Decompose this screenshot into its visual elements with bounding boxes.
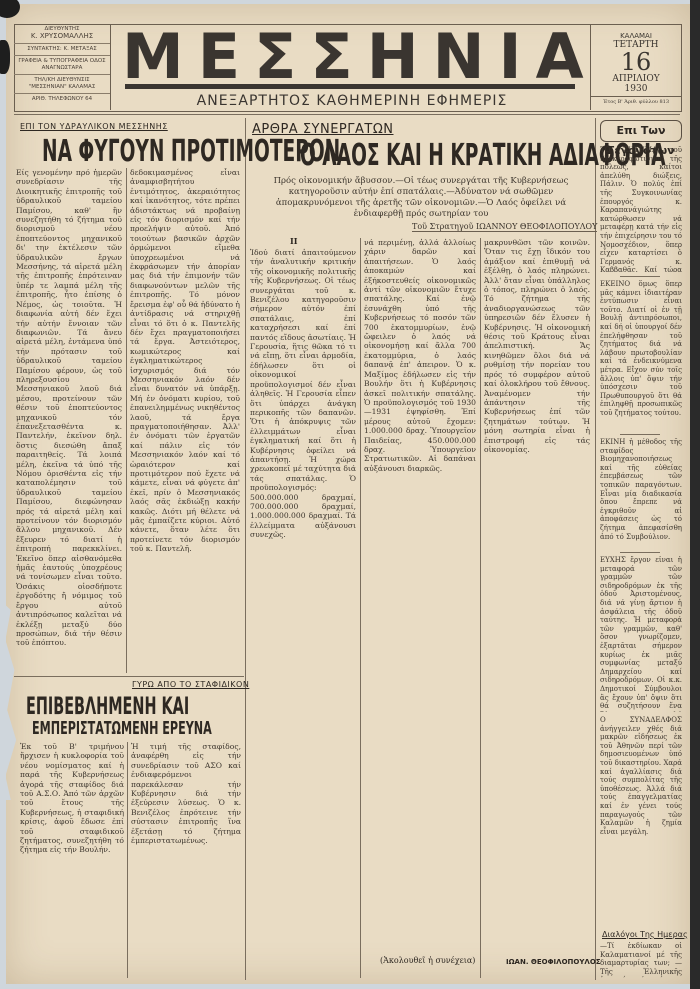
ink-blot bbox=[0, 40, 10, 74]
month: ΑΠΡΙΛΙΟΥ bbox=[591, 74, 681, 84]
masthead-info-box: ΔΙΕΥΘΥΝΤΗΣΚ. ΧΡΥΣΟΜΑΛΛΗΣ ΣΥΝΤΑΚΤΗΣ: Κ. Μ… bbox=[14, 24, 111, 110]
separator bbox=[620, 552, 660, 553]
center-column-2: νά περιμένῃ, ἀλλά ἀλλοίως χάριν δαρῶν κα… bbox=[364, 238, 476, 950]
center-article-deck: Πρός οἰκονομικήν ἄβυσσον.—Οἱ τέως συνεργ… bbox=[250, 176, 592, 220]
separator bbox=[620, 434, 660, 435]
right-column-para-3: ΕΚΙΝΗ ἡ μέθοδος τῆς σταφίδος Βιομηχανοπο… bbox=[600, 438, 682, 546]
date-box: ΚΑΛΑΜΑΙ ΤΕΤΑΡΤΗ 16 ΑΠΡΙΛΙΟΥ 1930 Έτος Β'… bbox=[590, 24, 681, 110]
separator bbox=[620, 276, 660, 277]
title-underline bbox=[125, 84, 575, 89]
center-article-byline: Τοῦ Στρατηγοῦ ΙΩΑΝΝΟΥ ΘΕΟΦΙΛΟΠΟΥΛΟΥ bbox=[412, 222, 597, 232]
column-rule bbox=[480, 238, 481, 978]
page-edge-shadow bbox=[690, 0, 700, 989]
right-column-bottom-text: —Τί ἐκδίωκαν οἱ Καλαματιανοί μέ τῆς διαμ… bbox=[600, 942, 682, 978]
bottom-left-headline-1: ΕΠΙΒΕΒΛΗΜΕΝΗ ΚΑΙ bbox=[26, 692, 189, 720]
left-article-headline: ΝΑ ΦΥΓΟΥΝ ΠΡΟΤΙΜΟΤΕΡΟΝ bbox=[42, 134, 340, 169]
right-column-para-2: ΕΚΕΙΝΟ ὅμως ὅπερ μᾶς κάμνει ἰδιαιτέραν ἐ… bbox=[600, 280, 682, 428]
author-signoff: ΙΩΑΝ. ΘΕΟΦΙΛΟΠΟΥΛΟΣ bbox=[506, 958, 601, 966]
director-name: Κ. ΧΡΥΣΟΜΑΛΛΗΣ bbox=[31, 32, 93, 40]
phone-number: ΑΡΙΘ. ΤΗΛΕΦΩΝΟΥ 64 bbox=[14, 94, 110, 105]
continued-note: (Ἀκολουθεῖ ἡ συνέχεια) bbox=[380, 956, 475, 965]
left-article-kicker: ΕΠΙ ΤΟΝ ΥΔΡΑΥΛΙΚΟΝ ΜΕΣΣΗΝΗΣ bbox=[20, 122, 168, 131]
newspaper-subtitle: ΑΝΕΞΑΡΤΗΤΟΣ ΚΑΘΗΜΕΡΙΝΗ ΕΦΗΜΕΡΙΣ bbox=[122, 93, 582, 109]
left-article-column-2: δεδοκιμασμένος εἶναι ἀναμφισβητήτου ἐντι… bbox=[130, 168, 240, 673]
offices-address: ΓΡΑΦΕΙΑ & ΤΥΠΟΓΡΑΦΕΙΑ ΟΔΟΣ ΑΝΑΓΝΩΣΤΑΡΑ bbox=[14, 56, 110, 75]
column-rule bbox=[127, 742, 128, 978]
telegraph-address: ΤΗΛ/ΚΗ ΔΙΕΥΘΥΝΣΙΣ "ΜΕΣΣΗΝΙΑΝ" ΚΑΛΑΜΑΣ bbox=[14, 75, 110, 94]
editor-name: ΣΥΝΤΑΚΤΗΣ: Κ. ΜΕΤΑΞΑΣ bbox=[14, 44, 110, 56]
right-column-box-title: Επι Των Γεγονοτων bbox=[600, 120, 682, 142]
city: ΚΑΛΑΜΑΙ bbox=[591, 32, 681, 40]
section-rule bbox=[14, 676, 244, 677]
left-article-column-1: Είς γενομένην πρό ἡμερῶν συνεδρίασιν τῆς… bbox=[16, 168, 122, 673]
year: 1930 bbox=[591, 84, 681, 94]
center-section-label: ΑΡΘΡΑ ΣΥΝΕΡΓΑΤΩΝ bbox=[252, 122, 394, 137]
bottom-left-kicker: ΓΥΡΩ ΑΠΟ ΤΟ ΣΤΑΦΙΔΙΚΟΝ bbox=[132, 680, 249, 689]
column-rule bbox=[126, 168, 127, 673]
bottom-left-headline-2: ΕΜΠΕΡΙΣΤΑΤΩΜΕΝΗ ΕΡΕΥΝΑ bbox=[32, 718, 212, 739]
newspaper-title: ΜΕΣΣΗΝΙΑ bbox=[122, 26, 582, 88]
day-number: 16 bbox=[591, 50, 681, 74]
article-part-number: ΙΙ bbox=[290, 236, 297, 246]
right-column-para-5: Ο ΣΥΝΑΔΕΛΦΟΣ ἀνήγγειλεν χθές διά μακρῶν … bbox=[600, 716, 682, 916]
right-column-bottom-heading: Διαλόγοι Της Ημερας bbox=[602, 930, 688, 939]
column-rule bbox=[245, 118, 246, 980]
center-column-3: μακρυνθῶσι τῶν κοινῶν. Ὅταν τις ἔχῃ ἴδικ… bbox=[484, 238, 590, 946]
edition-number: Έτος Β' Άριθ. φύλλου 813 bbox=[591, 96, 681, 105]
masthead-rule bbox=[14, 114, 680, 115]
column-rule bbox=[360, 238, 361, 978]
right-column-para-1: ΤΟ ΖΗΤΗΜΑ τοῦ ἠλεκτροφωτισμοῦ τῆς πόλεως… bbox=[600, 146, 682, 272]
right-column-para-4: ΕΥΧΗΣ ἔργον εἶναι ἡ μεταφορά τῶν γραμμῶν… bbox=[600, 556, 682, 712]
bottom-left-column-2: Ἡ τιμή τῆς σταφίδος, ἀναφέρθη εἰς τήν συ… bbox=[131, 742, 241, 978]
column-rule bbox=[595, 118, 596, 980]
center-column-1: Ἰδού διατί ἀπαιτούμενον τήν ἀναλυτικήν κ… bbox=[250, 248, 356, 974]
bottom-left-column-1: Ἐκ τοῦ Β' τριμήνου ἤρχισεν ἡ κυκλοφορία … bbox=[20, 742, 124, 978]
